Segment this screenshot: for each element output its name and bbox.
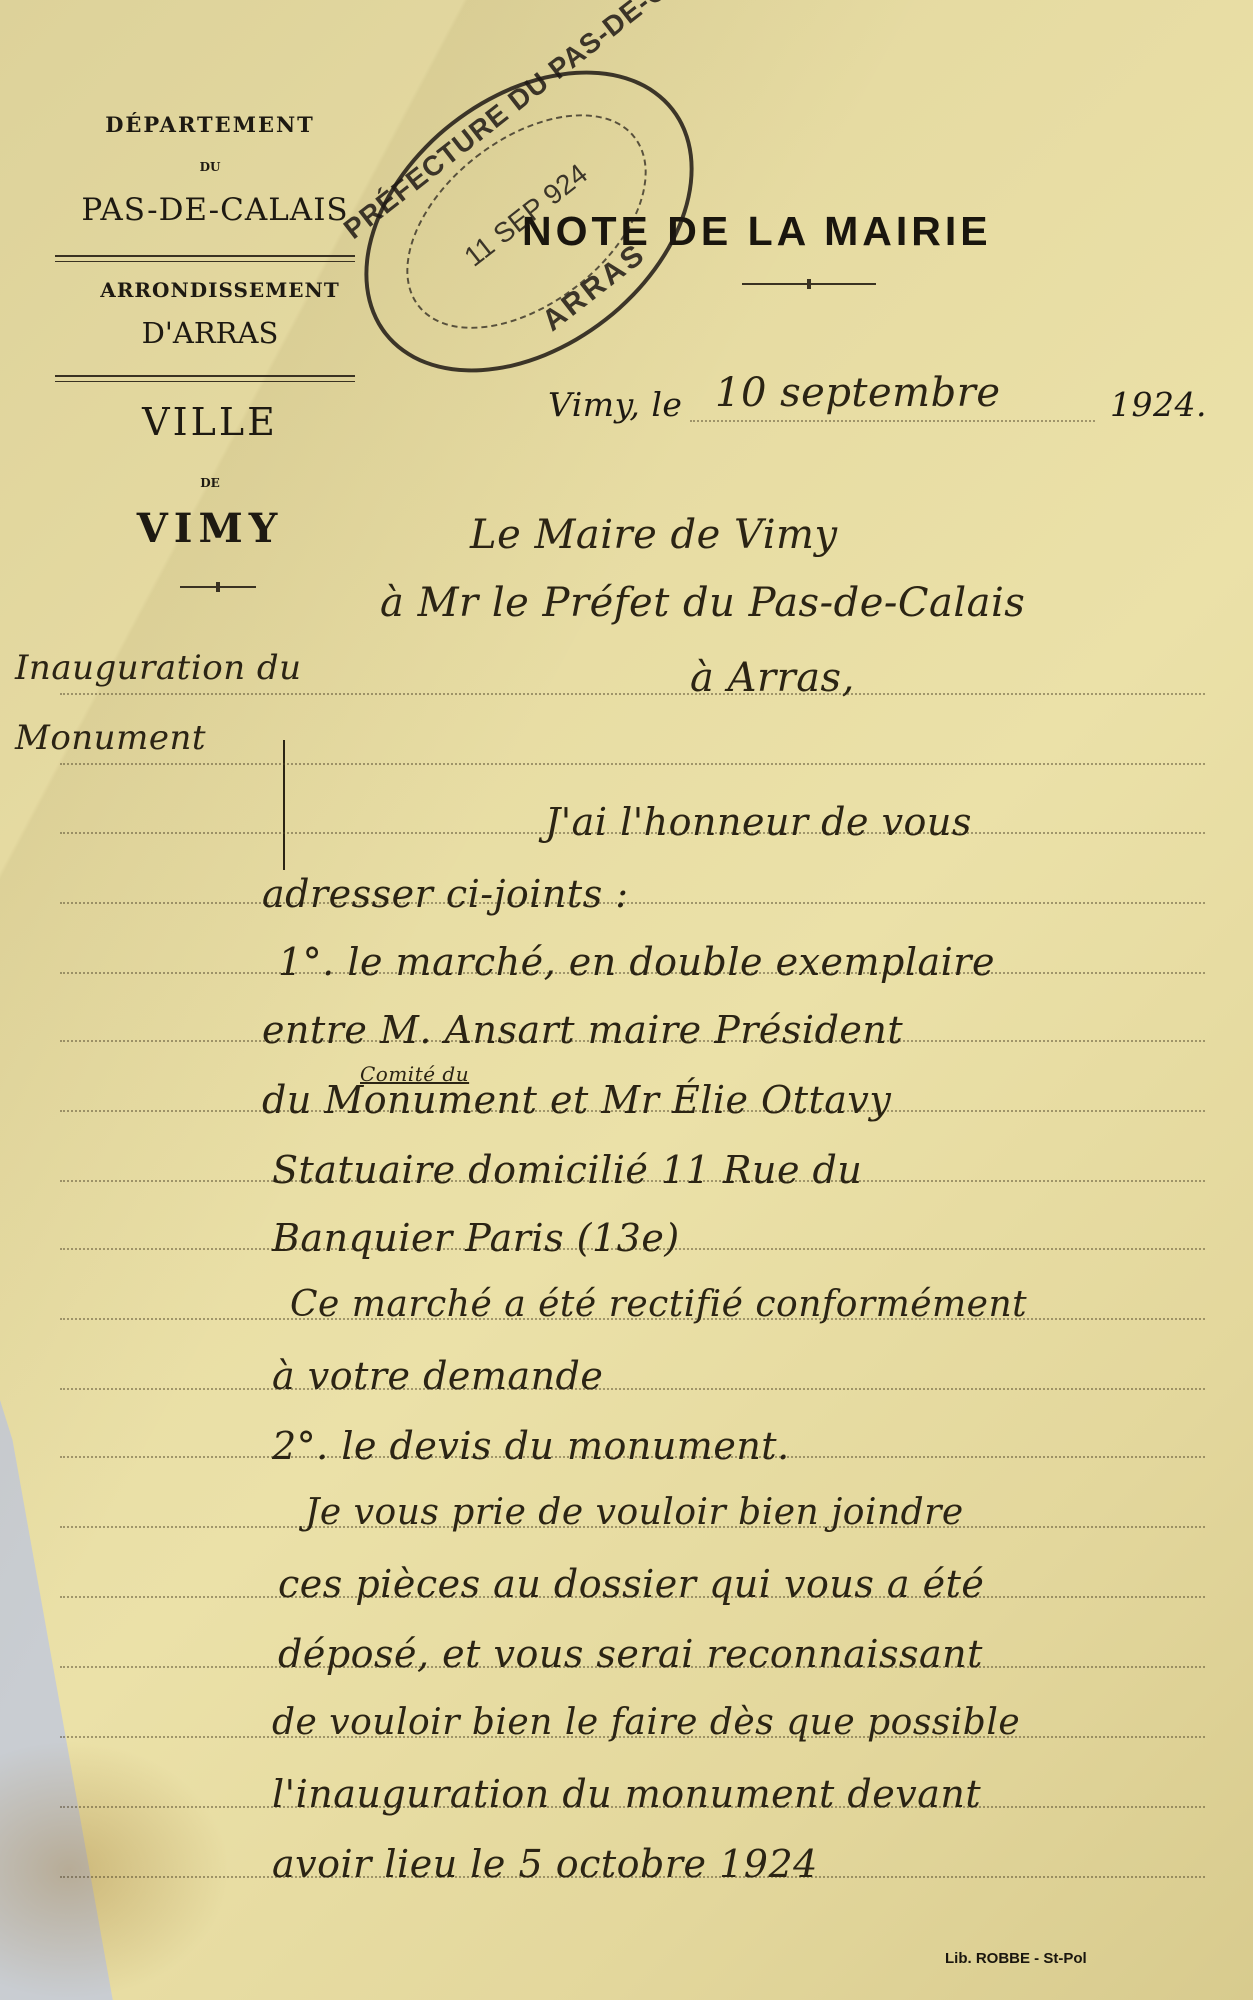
address-from: Le Maire de Vimy [470, 512, 838, 558]
ruled-line [60, 763, 1205, 765]
arrondissement-name: D'ARRAS [60, 316, 360, 350]
body-line: déposé, et vous serai reconnaissant [278, 1632, 983, 1676]
du-label: DU [60, 160, 360, 174]
address-to: à Mr le Préfet du Pas-de-Calais [380, 580, 1025, 626]
body-line: Statuaire domicilié 11 Rue du [272, 1148, 862, 1192]
body-line: Ce marché a été rectifié conformément [290, 1284, 1027, 1325]
de-label: DE [60, 476, 360, 490]
date-handwritten: 10 septembre [715, 370, 1001, 416]
letterhead-rule-2 [55, 375, 355, 382]
body-line: à votre demande [272, 1354, 603, 1398]
margin-bracket-line [283, 740, 285, 870]
body-line: adresser ci-joints : [262, 872, 629, 916]
ville-label: VILLE [60, 400, 360, 444]
department-label: DÉPARTEMENT [60, 112, 360, 137]
date-dotted-line [690, 420, 1095, 422]
ruled-line [60, 693, 1205, 695]
vimy-ornament [180, 586, 256, 588]
body-line: avoir lieu le 5 octobre 1924 [272, 1842, 818, 1886]
body-line: ces pièces au dossier qui vous a été [278, 1562, 984, 1606]
year: 1924. [1110, 385, 1207, 424]
place-prefix: Vimy, le [548, 385, 682, 424]
department-name: PAS-DE-CALAIS [50, 192, 380, 228]
ville-name: VIMY [60, 505, 360, 552]
margin-note-line2: Monument [15, 718, 206, 758]
ruled-line [60, 902, 1205, 904]
body-line: J'ai l'honneur de vous [545, 800, 972, 844]
title-ornament [742, 283, 876, 285]
body-line: entre M. Ansart maire Président [262, 1008, 903, 1052]
ruled-line [60, 1388, 1205, 1390]
letterhead-rule [55, 255, 355, 262]
paper-stain [0, 1740, 230, 2000]
body-line: du Monument et Mr Élie Ottavy [262, 1078, 891, 1122]
arrondissement-label: ARRONDISSEMENT [60, 278, 380, 302]
body-line: Je vous prie de vouloir bien joindre [305, 1492, 964, 1533]
body-line: Banquier Paris (13e) [272, 1216, 680, 1260]
body-line: l'inauguration du monument devant [272, 1772, 981, 1816]
body-line: de vouloir bien le faire dès que possibl… [272, 1702, 1020, 1743]
body-line: 1°. le marché, en double exemplaire [278, 940, 995, 984]
margin-note-line1: Inauguration du [15, 648, 302, 688]
printer-mark: Lib. ROBBE - St-Pol [945, 1950, 1087, 1967]
body-line: 2°. le devis du monument. [272, 1424, 790, 1468]
